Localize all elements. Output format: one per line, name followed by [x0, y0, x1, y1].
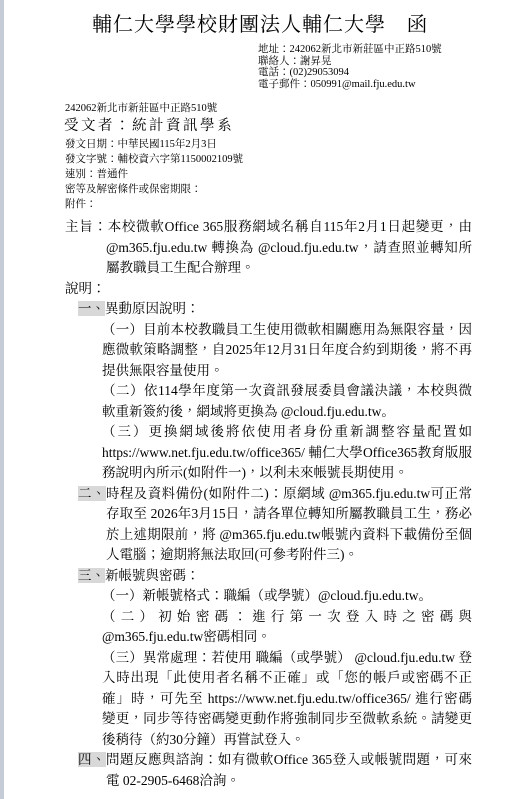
subject-paragraph: 主旨：本校微軟Office 365服務網域名稱自115年2月1日起變更，由 @m…: [65, 217, 472, 279]
item-number-highlight: 三、: [78, 568, 105, 583]
meta-attachment: 附件：: [65, 199, 520, 210]
sender-email: 電子郵件：050991@mail.fju.edu.tw: [258, 79, 520, 91]
document-meta-block: 發文日期：中華民國115年2月3日 發文字號：輔校資六字第1150002109號…: [65, 139, 520, 210]
sender-contact-block: 地址：242062新北市新莊區中正路510號 聯絡人：謝昇晃 電話：(02)29…: [258, 44, 520, 90]
item-3-sub-2: （二）初始密碼：進行第一次登入時之密碼與 @m365.fju.edu.tw密碼相…: [102, 607, 472, 648]
item-3-sub-3: （三）異常處理：若使用 職編（或學號） @cloud.fju.edu.tw 登入…: [102, 648, 472, 751]
item-2: 二、時程及資料備份(如附件二)：原網域 @m365.fju.edu.tw可正常存…: [78, 484, 472, 566]
item-1-sub-3: （三）更換網域後將依使用者身份重新調整容量配置如 https://www.net…: [102, 422, 472, 484]
item-1: 一、異動原因說明：: [78, 299, 472, 320]
meta-issue-number: 發文字號：輔校資六字第1150002109號: [65, 154, 520, 165]
item-1-sub-1: （一）目前本校教職員工生使用微軟相關應用為無限容量，因應微軟策略調整，自2025…: [102, 320, 472, 382]
sender-contact-person: 聯絡人：謝昇晃: [258, 56, 520, 68]
document-title: 輔仁大學學校財團法人輔仁大學 函: [0, 8, 520, 37]
sender-address: 地址：242062新北市新莊區中正路510號: [258, 44, 520, 56]
explanation-label: 說明：: [65, 279, 472, 300]
sender-phone: 電話：(02)29053094: [258, 67, 520, 79]
item-1-sub-2: （二）依114學年度第一次資訊發展委員會議決議，本校與微軟重新簽約後，網域將更換…: [102, 381, 472, 422]
recipient-address: 242062新北市新莊區中正路510號: [65, 103, 520, 115]
item-4: 四、問題反應與諮詢：如有微軟Office 365登入或帳號問題，可來電 02-2…: [78, 750, 472, 791]
item-number-highlight: 一、: [78, 301, 105, 316]
document-body: 主旨：本校微軟Office 365服務網域名稱自115年2月1日起變更，由 @m…: [65, 217, 472, 791]
item-3: 三、新帳號與密碼：: [78, 566, 472, 587]
official-letter-page: 輔仁大學學校財團法人輔仁大學 函 地址：242062新北市新莊區中正路510號 …: [0, 0, 520, 799]
page-edge-strip: [0, 0, 4, 799]
section-label: 主旨：: [65, 219, 108, 234]
item-number-highlight: 四、: [78, 752, 106, 767]
meta-speed: 速別：普通件: [65, 169, 520, 180]
meta-secrecy: 密等及解密條件或保密期限：: [65, 184, 520, 195]
item-number-highlight: 二、: [78, 486, 106, 501]
item-3-sub-1: （一）新帳號格式：職編（或學號）@cloud.fju.edu.tw。: [102, 586, 472, 607]
recipient-line: 受文者：統計資訊學系: [64, 117, 520, 135]
meta-issue-date: 發文日期：中華民國115年2月3日: [65, 139, 520, 150]
